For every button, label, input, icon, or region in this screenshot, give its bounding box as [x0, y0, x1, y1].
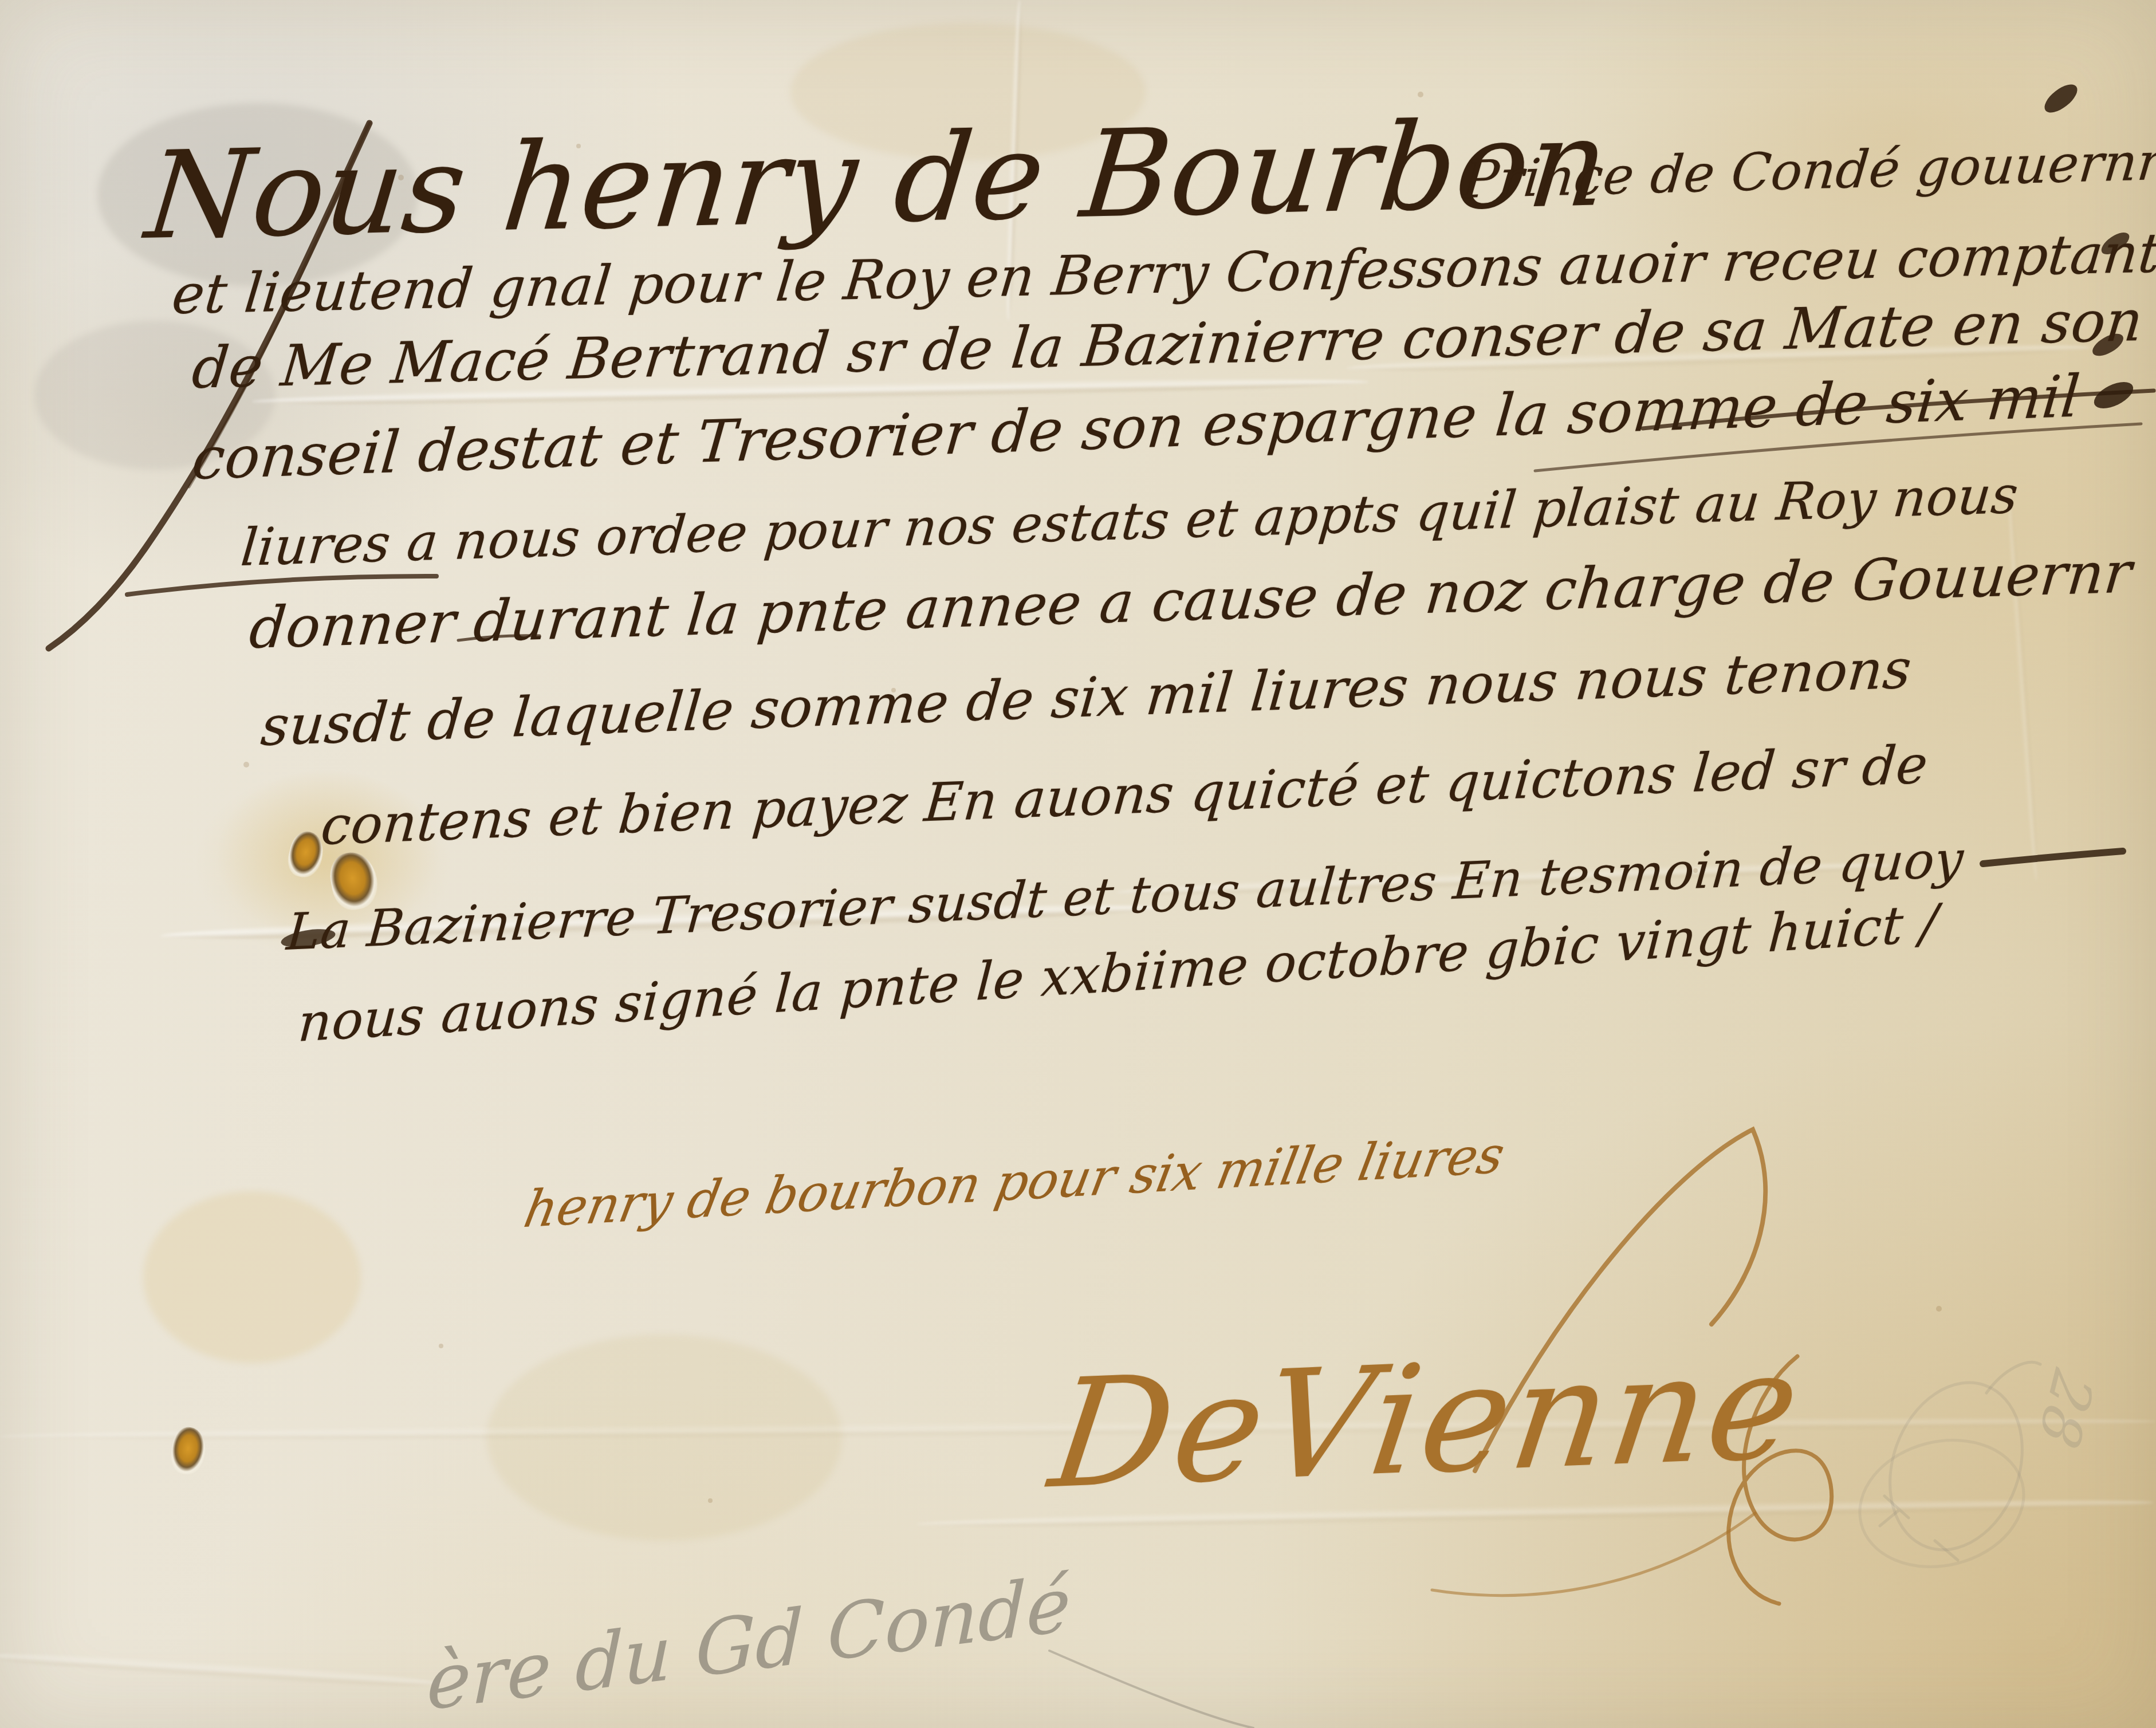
signature-text: DeVienne: [1042, 1318, 1811, 1522]
signature-underline-tail: [1432, 1513, 1755, 1596]
ink-blot: [2090, 377, 2137, 414]
parchment-document: Nous henry de Bourbon Prince de Condé go…: [0, 0, 2156, 1728]
dash-flourish: [1983, 851, 2123, 864]
pencil-tail: [1049, 1651, 1253, 1728]
signature: DeVienne: [1042, 1318, 1811, 1522]
ink-blot: [2040, 79, 2082, 117]
pencil-scribble: [1867, 1364, 2044, 1568]
